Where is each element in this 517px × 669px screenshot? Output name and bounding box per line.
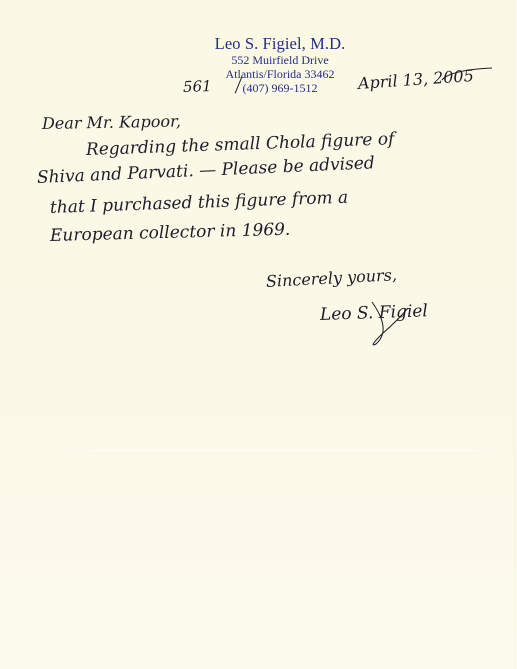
area-code-correction: 561: [183, 77, 212, 96]
signature-flourish: [368, 300, 418, 350]
paper-fold-line: [55, 450, 510, 451]
letterhead-name: Leo S. Figiel, M.D.: [180, 34, 380, 53]
date-flourish: [440, 66, 495, 82]
letter-paper: [0, 0, 517, 669]
salutation: Dear Mr. Kapoor,: [42, 112, 181, 133]
letterhead-street: 552 Muirfield Drive: [180, 53, 380, 67]
